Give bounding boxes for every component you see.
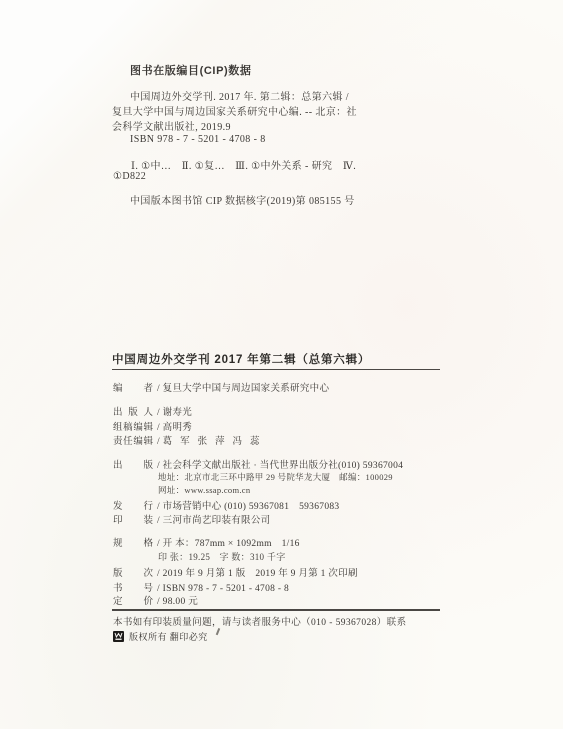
label-value-separator: / [157,539,160,549]
label-value-separator: / [157,461,160,471]
row-label: 责任编辑 [113,433,153,447]
quality-notice: 本书如有印装质量问题，请与读者服务中心（010 - 59367028）联系 [113,614,406,628]
row-editor: 编者 / 复旦大学中国与周边国家关系研究中心 [113,380,329,394]
cip-classification-line2: ①D822 [113,171,146,182]
row-publisher-person: 出版人 / 谢寿光 [113,404,192,418]
cip-heading: 图书在版编目(CIP)数据 [130,62,251,78]
row-value: 2019 年 9 月第 1 版 2019 年 9 月第 1 次印刷 [163,565,358,579]
label-value-separator: / [157,408,160,418]
row-value: 社会科学文献出版社 · 当代世界出版分社(010) 59367004 [163,457,404,471]
format-detail: 印 张：19.25 字 数：310 千字 [158,550,286,563]
row-book-number: 书号 / ISBN 978 - 7 - 5201 - 4708 - 8 [113,580,289,594]
publisher-website: 网址：www.ssap.com.cn [158,484,250,496]
row-publisher: 出版 / 社会科学文献出版社 · 当代世界出版分社(010) 59367004 [113,457,403,471]
row-label: 出版人 [113,404,153,418]
scan-artifact-mark [216,628,220,635]
label-value-separator: / [157,597,160,607]
row-value: 三河市尚艺印装有限公司 [163,512,271,526]
row-printing: 印装 / 三河市尚艺印装有限公司 [113,512,270,526]
row-label: 定价 [113,593,153,607]
row-value: 谢寿光 [163,404,192,418]
row-label: 版次 [113,565,153,579]
cip-classification-line1: Ⅰ. ①中… Ⅱ. ①复… Ⅲ. ①中外关系 - 研究 Ⅳ. [131,157,356,172]
row-format: 规格 / 开 本：787mm × 1092mm 1/16 [113,535,300,549]
label-value-separator: / [157,437,160,447]
label-value-separator: / [157,423,160,433]
row-price: 定价 / 98.00 元 [113,593,198,607]
row-value: 葛 军 张 萍 冯 蕊 [163,433,260,447]
anti-piracy-logo-icon [113,631,124,642]
scanned-copyright-page: 图书在版编目(CIP)数据 中国周边外交学刊. 2017 年. 第二辑：总第六辑… [0,0,563,729]
row-label: 组稿编辑 [113,419,153,433]
row-edition: 版次 / 2019 年 9 月第 1 版 2019 年 9 月第 1 次印刷 [113,565,358,579]
row-value: 98.00 元 [163,593,198,607]
row-label: 发行 [113,498,153,512]
row-value: 高明秀 [163,419,192,433]
row-label: 编者 [113,380,153,394]
label-value-separator: / [157,384,160,394]
copyright-line: 版权所有 翻印必究 [113,630,208,643]
cip-isbn: ISBN 978 - 7 - 5201 - 4708 - 8 [130,134,266,145]
row-value: 市场营销中心 (010) 59367081 59367083 [163,498,340,512]
title-underline [112,369,440,370]
row-value: 复旦大学中国与周边国家关系研究中心 [163,380,330,394]
row-responsible-editors: 责任编辑 / 葛 军 张 萍 冯 蕊 [113,433,260,447]
row-label: 印装 [113,512,153,526]
label-value-separator: / [157,516,160,526]
row-distribution: 发行 / 市场营销中心 (010) 59367081 59367083 [113,498,339,512]
row-label: 出版 [113,457,153,471]
footer-divider [112,609,440,611]
label-value-separator: / [157,569,160,579]
cip-record-line3: 会科学文献出版社, 2019.9 [112,118,231,133]
label-value-separator: / [157,502,160,512]
row-value: 开 本：787mm × 1092mm 1/16 [163,535,300,549]
copyright-notice: 版权所有 翻印必究 [129,630,208,643]
row-label: 书号 [113,580,153,594]
cip-registry: 中国版本图书馆 CIP 数据核字(2019)第 085155 号 [130,192,355,207]
publisher-address: 地址：北京市北三环中路甲 29 号院华龙大厦 邮编：100029 [158,471,393,483]
cip-record-line2: 复旦大学中国与周边国家关系研究中心编. -- 北京：社 [112,103,357,118]
row-label: 规格 [113,535,153,549]
cip-record-line1: 中国周边外交学刊. 2017 年. 第二辑：总第六辑 / [130,88,349,103]
book-title: 中国周边外交学刊 2017 年第二辑（总第六辑） [112,351,370,367]
row-acquisition-editor: 组稿编辑 / 高明秀 [113,419,192,433]
